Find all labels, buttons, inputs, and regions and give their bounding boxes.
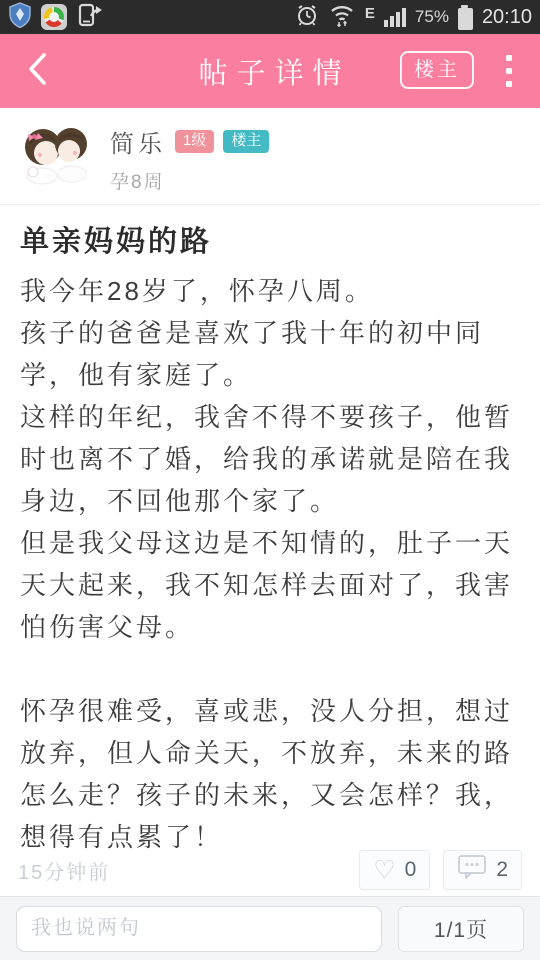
post-title: 单亲妈妈的路 — [20, 219, 520, 260]
post-paragraph: 这样的年纪，我舍不得不要孩子，他暂时也离不了婚，给我的承诺就是陪在我身边，不回他… — [20, 396, 520, 522]
like-button[interactable]: ♡ 0 — [359, 850, 430, 890]
signal-strength-icon — [384, 7, 406, 27]
level-badge: 1级 — [175, 130, 214, 153]
clock-label: 20:10 — [482, 6, 532, 29]
post-body: 单亲妈妈的路 我今年28岁了，怀孕八周。 孩子的爸爸是喜欢了我十年的初中同学，他… — [0, 219, 540, 858]
timestamp: 15分钟前 — [18, 856, 359, 885]
browser-app-icon — [41, 4, 67, 30]
back-button[interactable] — [14, 34, 60, 108]
author-section: 简乐 1级 楼主 孕8周 — [0, 108, 540, 205]
wifi-icon — [328, 3, 356, 32]
app-screen: E 75% 20:10 帖子详情 楼主 — [0, 0, 540, 960]
post-paragraph: 孩子的爸爸是喜欢了我十年的初中同学，他有家庭了。 — [20, 312, 520, 396]
back-chevron-icon — [25, 50, 49, 93]
post-paragraph: 我今年28岁了，怀孕八周。 — [20, 270, 520, 312]
post-paragraph: 但是我父母这边是不知情的，肚子一天天大起来，我不知怎样去面对了，我害怕伤害父母。 — [20, 522, 520, 648]
comment-button[interactable]: 2 — [443, 850, 522, 890]
network-type-indicator: E — [365, 5, 375, 22]
owner-only-filter-button[interactable]: 楼主 — [400, 51, 474, 89]
author-info: 简乐 1级 楼主 孕8周 — [110, 122, 269, 194]
comment-bubble-icon — [457, 854, 487, 886]
shield-icon — [8, 2, 32, 33]
battery-icon — [458, 8, 473, 30]
reply-input[interactable] — [16, 906, 382, 952]
page-indicator-button[interactable]: 1/1页 — [398, 906, 524, 952]
phone-transfer-icon — [76, 2, 104, 33]
author-name[interactable]: 简乐 — [110, 124, 166, 159]
bottom-bar: 1/1页 — [0, 896, 540, 960]
header: 帖子详情 楼主 — [0, 34, 540, 108]
post-footer: 15分钟前 ♡ 0 2 — [0, 848, 540, 892]
comment-count: 2 — [496, 858, 508, 882]
heart-icon: ♡ — [373, 858, 395, 883]
avatar[interactable] — [20, 122, 94, 186]
status-bar-indicators: E 75% 20:10 — [295, 3, 532, 32]
post-area[interactable]: 简乐 1级 楼主 孕8周 单亲妈妈的路 我今年28岁了，怀孕八周。 孩子的爸爸是… — [0, 108, 540, 896]
status-bar: E 75% 20:10 — [0, 0, 540, 34]
overflow-menu-button[interactable] — [496, 34, 522, 108]
post-paragraph: 怀孕很难受，喜或悲，没人分担，想过放弃，但人命关天，不放弃，未来的路怎么走？孩子… — [20, 690, 520, 858]
status-bar-notifications — [8, 2, 104, 33]
battery-percent-label: 75% — [415, 7, 449, 27]
like-count: 0 — [405, 858, 417, 882]
op-badge: 楼主 — [223, 130, 269, 153]
alarm-icon — [295, 3, 319, 32]
pregnancy-status-label: 孕8周 — [110, 167, 269, 194]
